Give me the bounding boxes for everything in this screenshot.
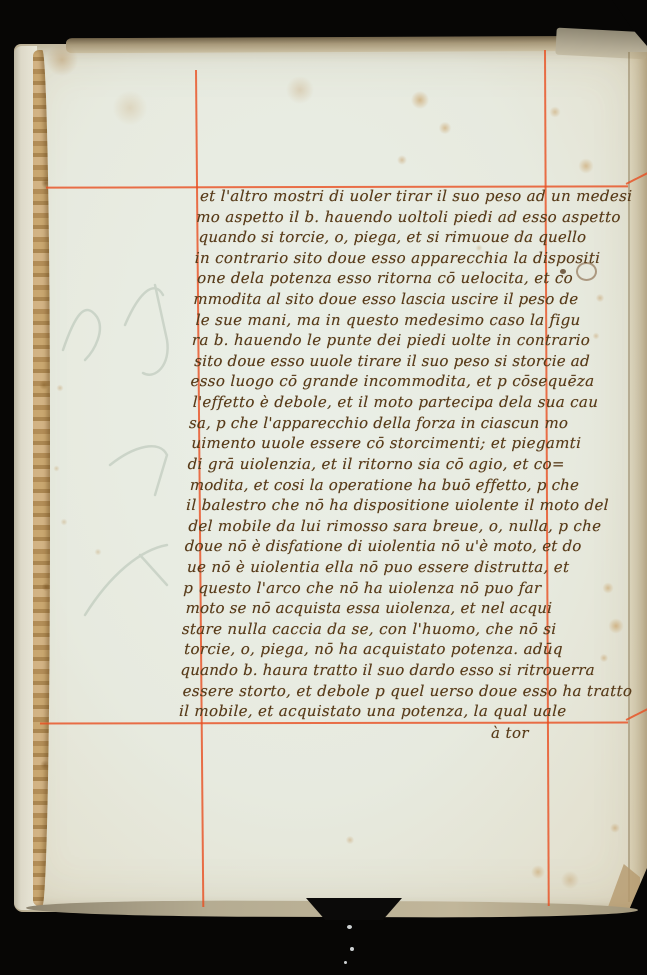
text-line: ra b. hauendo le punte dei piedi uolte i…	[192, 330, 621, 351]
text-line: di grā uiolenzia, et il ritorno sia cō a…	[187, 454, 616, 475]
text-line: modita, et cosi la operatione ha buō eff…	[190, 475, 616, 496]
strap-highlight-speck	[344, 961, 347, 964]
page-top-leaf-edges	[66, 36, 622, 53]
catchword: à tor	[491, 724, 529, 742]
text-line: il mobile, et acquistato una potenza, la…	[179, 701, 608, 722]
text-line: mmodita al sito doue esso lascia uscire …	[193, 289, 622, 310]
text-line: doue nō è disfatione di uiolentia nō u'è…	[184, 536, 613, 557]
gutter-deckle-edge	[33, 50, 50, 906]
ghost-sketch-showthrough	[55, 255, 175, 655]
text-line: essere storto, et debole p quel uerso do…	[182, 681, 608, 702]
text-line: quando b. haura tratto il suo dardo esso…	[180, 660, 609, 681]
text-line: le sue mani, ma in questo medesimo caso …	[195, 310, 621, 331]
text-line: moto se nō acquista essa uiolenza, et ne…	[185, 598, 611, 619]
text-line: sito doue esso uuole tirare il suo peso …	[194, 351, 620, 372]
text-line: l'effetto è debole, et il moto partecipa…	[192, 392, 618, 413]
text-line: il balestro che nō ha dispositione uiole…	[186, 495, 615, 516]
text-line: quando si torcie, o, piega, et si rimuou…	[198, 227, 624, 248]
text-line: p questo l'arco che nō ha uiolenza nō pu…	[183, 578, 612, 599]
text-line: one dela potenza esso ritorna cō uelocit…	[197, 268, 623, 289]
text-line: ue nō è uiolentia ella nō puo essere dis…	[187, 557, 613, 578]
text-line: del mobile da lui rimosso sara breue, o,…	[188, 516, 614, 537]
manuscript-photo: et l'altro mostri di uoler tirar il suo …	[0, 0, 647, 975]
text-line: stare nulla caccia da se, con l'huomo, c…	[182, 619, 611, 640]
text-line: esso luogo cō grande incommodita, et p c…	[190, 371, 619, 392]
text-line: torcie, o, piega, nō ha acquistato poten…	[184, 639, 610, 660]
strap-highlight-speck	[350, 947, 354, 951]
text-line: in contrario sito doue esso apparecchia …	[194, 248, 623, 269]
manuscript-text-block: et l'altro mostri di uoler tirar il suo …	[179, 186, 626, 722]
strap-highlight-speck	[347, 925, 352, 929]
text-line: sa, p che l'apparecchio della forza in c…	[189, 413, 618, 434]
text-line: uimento uuole essere cō storcimenti; et …	[191, 433, 617, 454]
text-line: et l'altro mostri di uoler tirar il suo …	[200, 186, 626, 207]
text-line: mo aspetto il b. hauendo uoltoli piedi a…	[196, 207, 625, 228]
